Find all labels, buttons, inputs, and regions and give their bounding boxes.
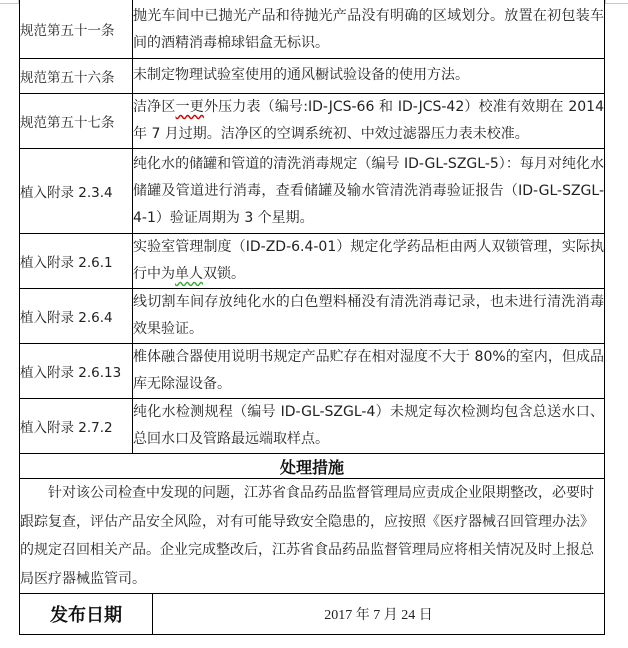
clause-cell: 规范第五十六条 xyxy=(20,59,133,94)
publish-date-label: 发布日期 xyxy=(20,594,153,635)
clause-cell: 规范第五十七条 xyxy=(20,94,133,149)
finding-text: 未制定物理试验室使用的通风橱试验设备的使用方法。 xyxy=(133,67,469,83)
corner-mark xyxy=(606,3,628,4)
finding-text: 双锁。 xyxy=(203,266,245,282)
table-row: 规范第五十七条 洁净区一更外压力表（编号:ID-JCS-66 和 ID-JCS-… xyxy=(20,94,605,149)
corner-mark xyxy=(605,0,606,4)
finding-cell: 线切割车间存放纯化水的白色塑料桶没有清洗消毒记录，也未进行清洗消毒效果验证。 xyxy=(133,289,605,344)
table-row: 植入附录 2.6.13 椎体融合器使用说明书规定产品贮存在相对湿度不大于 80%… xyxy=(20,344,605,399)
publish-date-value: 2017 年 7 月 24 日 xyxy=(153,594,605,635)
section-title: 处理措施 xyxy=(20,454,605,479)
table-row: 植入附录 2.6.1 实验室管理制度（ID-ZD-6.4-01）规定化学药品柜由… xyxy=(20,234,605,289)
publish-row: 发布日期 2017 年 7 月 24 日 xyxy=(20,594,605,635)
finding-text: 外压力表（编号:ID-JCS-66 和 ID-JCS-42）校准有效期在 201… xyxy=(133,99,604,142)
table-row: 植入附录 2.3.4 纯化水的储罐和管道的清洗消毒规定（编号 ID-GL-SZG… xyxy=(20,149,605,234)
finding-cell: 洁净区一更外压力表（编号:ID-JCS-66 和 ID-JCS-42）校准有效期… xyxy=(133,94,605,149)
publish-date-table: 发布日期 2017 年 7 月 24 日 xyxy=(19,593,605,635)
clause-cell: 植入附录 2.3.4 xyxy=(20,149,133,234)
clause-cell: 植入附录 2.7.2 xyxy=(20,399,133,454)
measures-text-cell: 针对该公司检查中发现的问题，江苏省食品药品监督管理局应责成企业限期整改，必要时跟… xyxy=(20,479,605,594)
clause-cell: 植入附录 2.6.13 xyxy=(20,344,133,399)
spellcheck-underlined-text: 一更 xyxy=(176,99,204,115)
finding-text: 洁净区 xyxy=(133,99,176,115)
grammar-underlined-text: 单人 xyxy=(175,266,203,282)
finding-cell: 椎体融合器使用说明书规定产品贮存在相对湿度不大于 80%的室内，但成品库无除湿设… xyxy=(133,344,605,399)
clause-cell: 规范第五十一条 xyxy=(20,0,133,59)
finding-cell: 纯化水检测规程（编号 ID-GL-SZGL-4）未规定每次检测均包含总送水口、总… xyxy=(133,399,605,454)
section-header-row: 处理措施 xyxy=(20,454,605,479)
table-row: 植入附录 2.7.2 纯化水检测规程（编号 ID-GL-SZGL-4）未规定每次… xyxy=(20,399,605,454)
finding-cell: 抛光车间中已抛光产品和待抛光产品没有明确的区域划分。放置在初包装车间的酒精消毒棉… xyxy=(133,0,605,59)
table-row: 规范第五十一条 抛光车间中已抛光产品和待抛光产品没有明确的区域划分。放置在初包装… xyxy=(20,0,605,59)
table-row: 规范第五十六条 未制定物理试验室使用的通风橱试验设备的使用方法。 xyxy=(20,59,605,94)
clause-cell: 植入附录 2.6.1 xyxy=(20,234,133,289)
corner-mark xyxy=(0,3,18,4)
measures-text: 针对该公司检查中发现的问题，江苏省食品药品监督管理局应责成企业限期整改，必要时跟… xyxy=(20,485,594,587)
finding-cell: 纯化水的储罐和管道的清洗消毒规定（编号 ID-GL-SZGL-5）：每月对纯化水… xyxy=(133,149,605,234)
findings-table: 规范第五十一条 抛光车间中已抛光产品和待抛光产品没有明确的区域划分。放置在初包装… xyxy=(19,0,605,594)
table-row: 植入附录 2.6.4 线切割车间存放纯化水的白色塑料桶没有清洗消毒记录，也未进行… xyxy=(20,289,605,344)
measures-row: 针对该公司检查中发现的问题，江苏省食品药品监督管理局应责成企业限期整改，必要时跟… xyxy=(20,479,605,594)
finding-cell: 实验室管理制度（ID-ZD-6.4-01）规定化学药品柜由两人双锁管理，实际执行… xyxy=(133,234,605,289)
clause-cell: 植入附录 2.6.4 xyxy=(20,289,133,344)
finding-cell: 未制定物理试验室使用的通风橱试验设备的使用方法。 xyxy=(133,59,605,94)
